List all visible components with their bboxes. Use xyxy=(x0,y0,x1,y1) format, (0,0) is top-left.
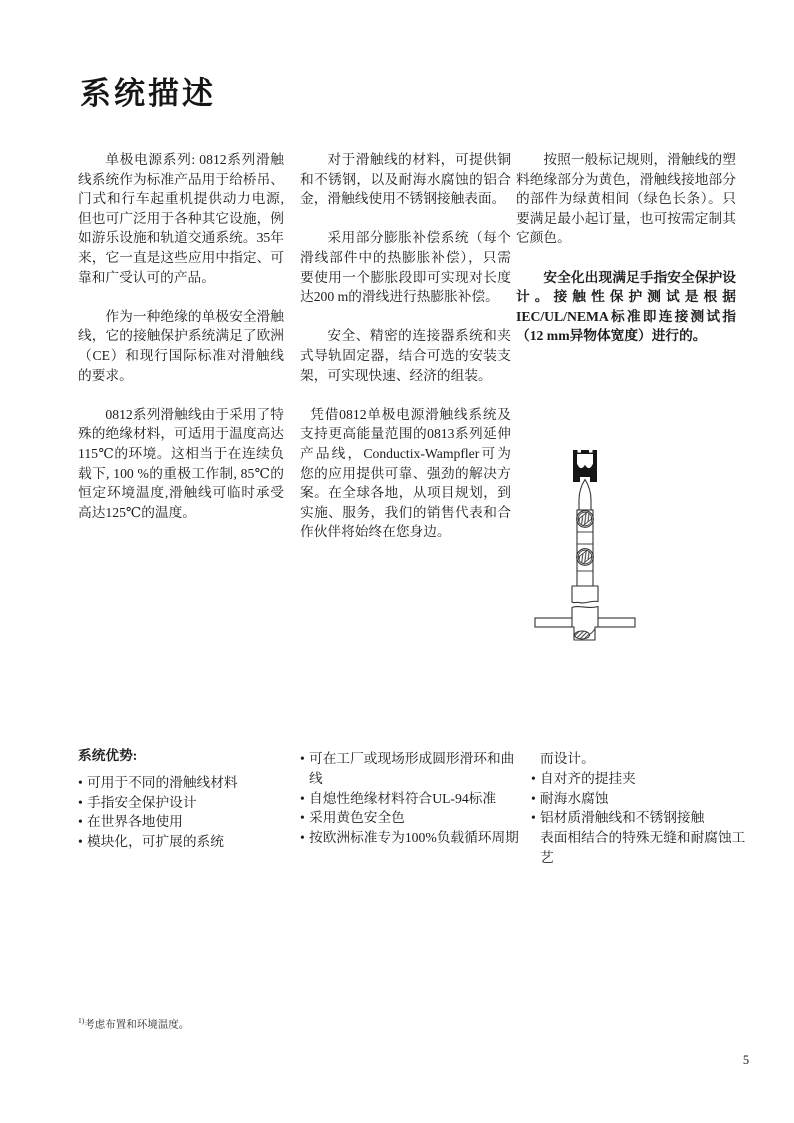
advantages-list-1: 可用于不同的滑触线材料 手指安全保护设计 在世界各地使用 模块化，可扩展的系统 xyxy=(78,773,290,852)
advantages-list-2: 可在工厂或现场形成圆形滑环和曲 线 自熄性绝缘材料符合UL-94标准 采用黄色安… xyxy=(300,749,524,848)
advantage-item: 自熄性绝缘材料符合UL-94标准 xyxy=(300,789,524,809)
page-title: 系统描述 xyxy=(80,68,216,113)
document-page: 系统描述 单极电源系列: 0812系列滑触线系统作为标准产品用于给桥吊、门式和行… xyxy=(0,0,794,1123)
paragraph-insulated-safety: 作为一种绝缘的单极安全滑触线，它的接触保护系统满足了欧洲（CE）和现行国际标准对… xyxy=(78,307,284,385)
footnote: 1)考虑布置和环境温度。 xyxy=(78,1016,189,1032)
footnote-text: 考虑布置和环境温度。 xyxy=(84,1020,189,1031)
intro-column-2: 对于滑触线的材料，可提供铜和不锈钢，以及耐海水腐蚀的铝合金，滑触线使用不锈钢接触… xyxy=(300,150,511,561)
advantage-item: 耐海水腐蚀 xyxy=(531,789,753,809)
paragraph-materials: 对于滑触线的材料，可提供铜和不锈钢，以及耐海水腐蚀的铝合金，滑触线使用不锈钢接触… xyxy=(300,150,511,209)
advantage-item: 可用于不同的滑触线材料 xyxy=(78,773,290,793)
advantages-column-1: 系统优势: 可用于不同的滑触线材料 手指安全保护设计 在世界各地使用 模块化，可… xyxy=(78,746,290,852)
page-number: 5 xyxy=(734,1053,758,1068)
advantage-item: 手指安全保护设计 xyxy=(78,793,290,813)
conductor-rail-test-finger-illustration xyxy=(532,444,644,646)
paragraph-brand-support: 凭借0812单极电源滑触线系统及支持更高能量范围的0813系列延伸产品线，Con… xyxy=(300,405,511,542)
advantage-item: 可在工厂或现场形成圆形滑环和曲 线 xyxy=(300,749,524,789)
advantage-item: 自对齐的提挂夹 xyxy=(531,769,753,789)
paragraph-series-overview: 单极电源系列: 0812系列滑触线系统作为标准产品用于给桥吊、门式和行车起重机提… xyxy=(78,150,284,287)
test-finger-probe xyxy=(577,480,593,587)
paragraph-finger-safety-bold: 安全化出现满足手指安全保护设计。接触性保护测试是根据IEC/UL/NEMA标准即… xyxy=(516,268,736,346)
advantage-item: 铝材质滑触线和不锈钢接触 表面相结合的特殊无缝和耐腐蚀工艺 xyxy=(531,808,753,867)
advantages-list-3: 自对齐的提挂夹 耐海水腐蚀 铝材质滑触线和不锈钢接触 表面相结合的特殊无缝和耐腐… xyxy=(531,769,753,868)
advantage-item-continuation: 而设计。 xyxy=(531,749,753,769)
advantage-item: 按欧洲标准专为100%负载循环周期 xyxy=(300,828,524,848)
advantages-heading: 系统优势: xyxy=(78,746,290,766)
paragraph-expansion-compensation: 采用部分膨胀补偿系统（每个滑线部件中的热膨胀补偿），只需要使用一个膨胀段即可实现… xyxy=(300,228,511,306)
paragraph-color-marking: 按照一般标记规则，滑触线的塑料绝缘部分为黄色，滑触线接地部分的部件为绿黄相间（绿… xyxy=(516,150,736,248)
probe-block-upper xyxy=(572,586,598,603)
advantage-item: 在世界各地使用 xyxy=(78,812,290,832)
advantages-column-2: 可在工厂或现场形成圆形滑环和曲 线 自熄性绝缘材料符合UL-94标准 采用黄色安… xyxy=(300,749,524,848)
paragraph-temperature-range: 0812系列滑触线由于采用了特殊的绝缘材料，可适用于温度高达115℃的环境。这相… xyxy=(78,405,284,523)
intro-column-3: 按照一般标记规则，滑触线的塑料绝缘部分为黄色，滑触线接地部分的部件为绿黄相间（绿… xyxy=(516,150,736,366)
advantages-column-3: 而设计。 自对齐的提挂夹 耐海水腐蚀 铝材质滑触线和不锈钢接触 表面相结合的特殊… xyxy=(531,749,753,868)
advantage-item: 采用黄色安全色 xyxy=(300,808,524,828)
advantage-item: 模块化，可扩展的系统 xyxy=(78,832,290,852)
intro-column-1: 单极电源系列: 0812系列滑触线系统作为标准产品用于给桥吊、门式和行车起重机提… xyxy=(78,150,284,542)
paragraph-connectors: 安全、精密的连接器系统和夹式导轨固定器，结合可选的安装支架，可实现快速、经济的组… xyxy=(300,326,511,385)
rail-profile-cross-section xyxy=(573,450,597,482)
